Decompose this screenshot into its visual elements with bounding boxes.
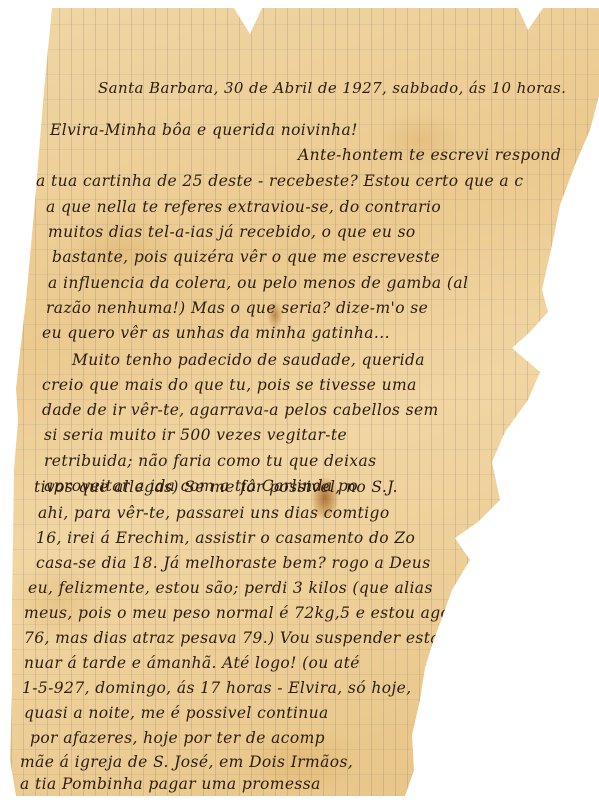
letter-line: muitos dias tel-a-ias já recebido, o que… — [48, 222, 416, 242]
letter-line: quasi a noite, me é possivel continua — [24, 703, 329, 723]
scanned-letter: Santa Barbara, 30 de Abril de 1927, sabb… — [0, 0, 599, 800]
letter-line: tivos que allegas) Se me fôr possivel, n… — [34, 477, 398, 497]
letter-line: 76, mas dias atraz pesava 79.) Vou suspe… — [24, 628, 440, 648]
letter-line: por afazeres, hoje por ter de acomp — [30, 728, 325, 748]
letter-line: 16, irei á Erechim, assistir o casamento… — [36, 528, 415, 548]
letter-line: dade de ir vêr-te, agarrava-a pelos cabe… — [42, 400, 439, 420]
letter-line: eu quero vêr as unhas da minha gatinha..… — [42, 323, 390, 343]
letter-line: Muito tenho padecido de saudade, querida — [72, 350, 425, 370]
letter-line: a tua cartinha de 25 deste - recebeste? … — [36, 171, 523, 191]
letter-line: bastante, pois quizéra vêr o que me escr… — [52, 247, 440, 267]
letter-line: eu, felizmente, estou são; perdi 3 kilos… — [28, 578, 433, 598]
letter-line: casa-se dia 18. Já melhoraste bem? rogo … — [36, 553, 431, 573]
letter-line: a que nella te referes extraviou-se, do … — [46, 197, 441, 217]
letter-line: ahi, para vêr-te, passarei uns dias comt… — [38, 503, 390, 523]
letter-heading: Santa Barbara, 30 de Abril de 1927, sabb… — [98, 78, 566, 98]
letter-line: nuar á tarde e ámanhã. Até logo! (ou até — [24, 653, 360, 673]
letter-line: a influencia da colera, ou pelo menos de… — [48, 273, 468, 293]
folded-corner — [0, 10, 39, 152]
letter-salutation: Elvira-Minha bôa e querida noivinha! — [50, 120, 358, 140]
letter-line: si seria muito ir 500 vezes vegitar-te — [44, 425, 347, 445]
letter-line: Ante-hontem te escrevi respond — [298, 145, 561, 165]
aged-ruled-paper: Santa Barbara, 30 de Abril de 1927, sabb… — [0, 0, 599, 800]
letter-line: 1-5-927, domingo, ás 17 horas - Elvira, … — [22, 678, 412, 698]
letter-line: a tia Pombinha pagar uma promessa — [20, 774, 321, 794]
letter-line: creio que mais do que tu, pois se tivess… — [42, 375, 417, 395]
letter-line: razão nenhuma!) Mas o que seria? dize-m'… — [46, 298, 428, 318]
letter-line: meus, pois o meu peso normal é 72kg,5 e … — [24, 603, 458, 623]
letter-line: retribuida; não faria como tu que deixas — [44, 451, 376, 471]
letter-line: mãe á igreja de S. José, em Dois Irmãos, — [20, 752, 353, 772]
